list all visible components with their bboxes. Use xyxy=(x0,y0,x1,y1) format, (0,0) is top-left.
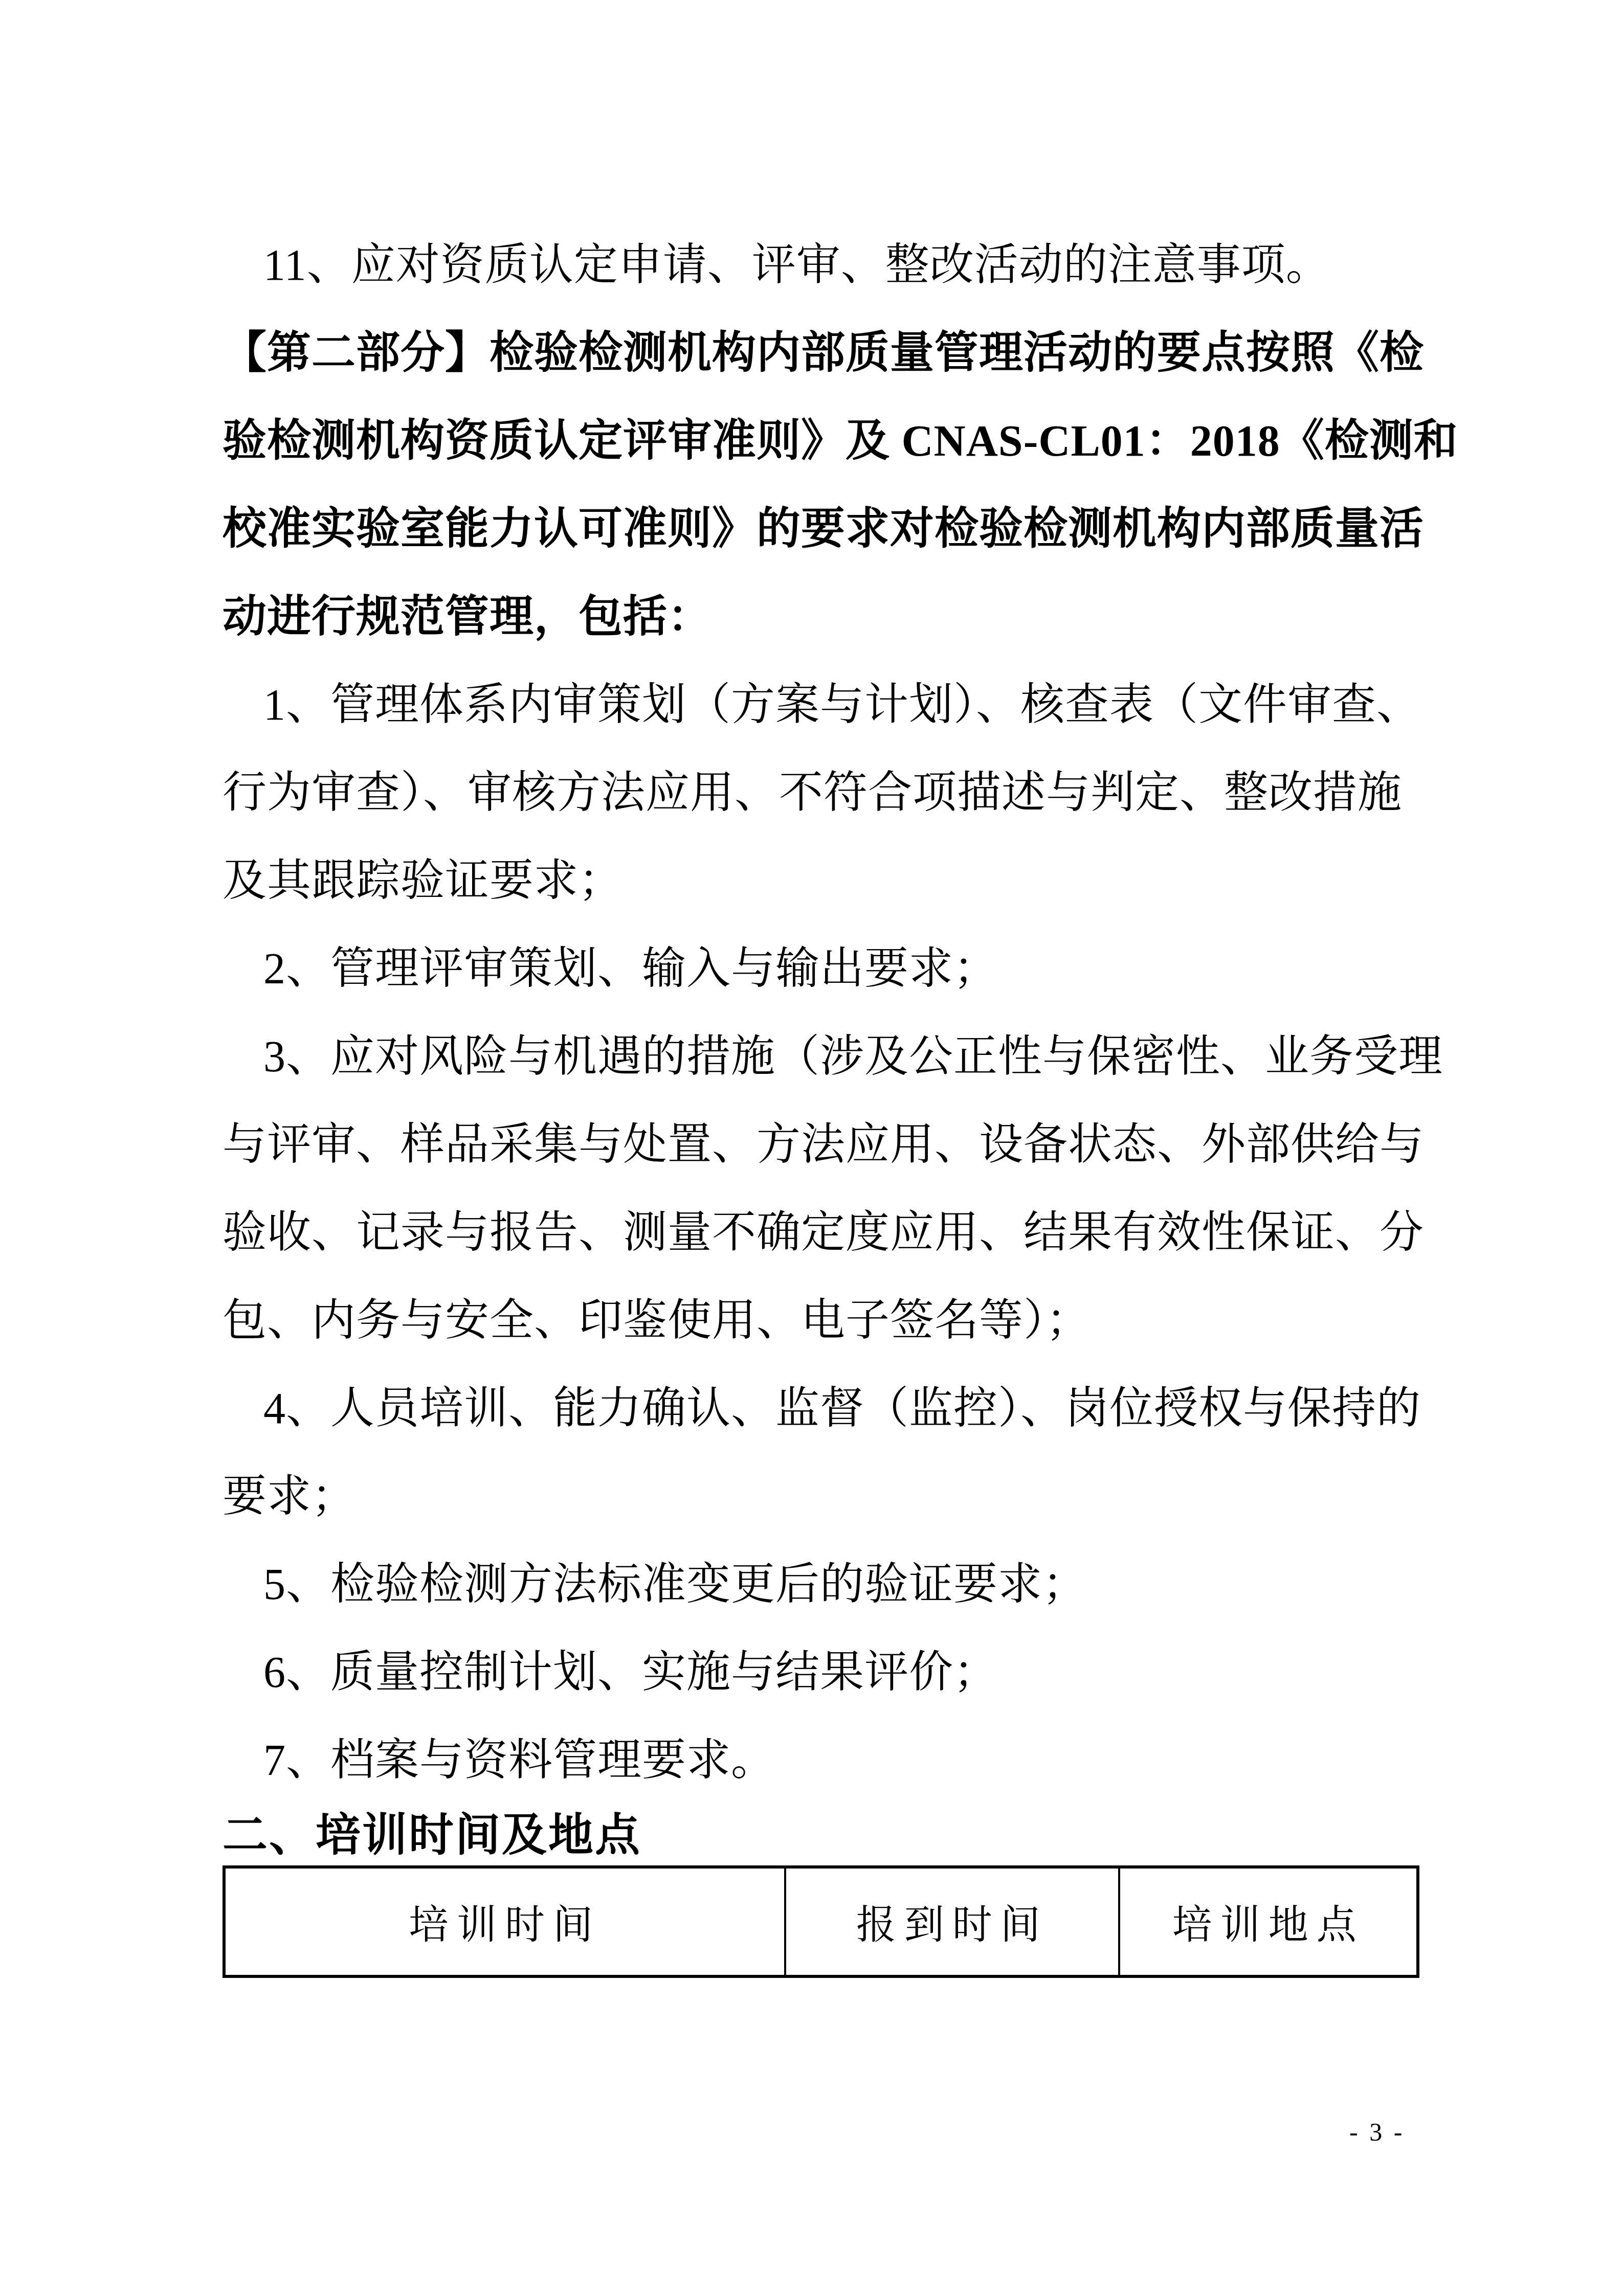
text-line: 动进行规范管理，包括： xyxy=(223,573,1419,661)
text-line: 与评审、样品采集与处置、方法应用、设备状态、外部供给与 xyxy=(223,1100,1419,1188)
paragraph: 4、人员培训、能力确认、监督（监控）、岗位授权与保持的 要求； xyxy=(223,1364,1419,1540)
text-body: 11、应对资质认定申请、评审、整改活动的注意事项。 【第二部分】检验检测机构内部… xyxy=(223,221,1419,1804)
text-line: 4、人员培训、能力确认、监督（监控）、岗位授权与保持的 xyxy=(223,1364,1419,1452)
text-line: 2、管理评审策划、输入与输出要求； xyxy=(223,925,1419,1012)
text-line: 【第二部分】检验检测机构内部质量管理活动的要点按照《检 xyxy=(223,309,1419,397)
document-page: { "page": { "background_color": "#ffffff… xyxy=(0,0,1624,2296)
table-header-cell-training-time: 培训时间 xyxy=(224,1867,785,1976)
text-line: 及其跟踪验证要求； xyxy=(223,837,1419,925)
paragraph: 11、应对资质认定申请、评审、整改活动的注意事项。 xyxy=(223,221,1419,309)
paragraph: 6、质量控制计划、实施与结果评价； xyxy=(223,1628,1419,1716)
text-line: 包、内务与安全、印鉴使用、电子签名等）； xyxy=(223,1276,1419,1364)
paragraph: 2、管理评审策划、输入与输出要求； xyxy=(223,925,1419,1012)
section-heading: 二、培训时间及地点 xyxy=(223,1810,641,1861)
text-line: 5、检验检测方法标准变更后的验证要求； xyxy=(223,1540,1419,1628)
text-line: 验收、记录与报告、测量不确定度应用、结果有效性保证、分 xyxy=(223,1188,1419,1276)
paragraph: 7、档案与资料管理要求。 xyxy=(223,1716,1419,1804)
text-line: 6、质量控制计划、实施与结果评价； xyxy=(223,1628,1419,1716)
page-number: - 3 - xyxy=(1349,2117,1405,2147)
table-header-cell-training-location: 培训地点 xyxy=(1119,1867,1418,1976)
paragraph: 3、应对风险与机遇的措施（涉及公正性与保密性、业务受理 与评审、样品采集与处置、… xyxy=(223,1012,1419,1364)
text-line: 3、应对风险与机遇的措施（涉及公正性与保密性、业务受理 xyxy=(223,1012,1419,1100)
paragraph: 1、管理体系内审策划（方案与计划）、核查表（文件审查、 行为审查）、审核方法应用… xyxy=(223,661,1419,925)
text-line: 11、应对资质认定申请、评审、整改活动的注意事项。 xyxy=(223,221,1419,309)
text-line: 要求； xyxy=(223,1452,1419,1540)
text-line: 验检测机构资质认定评审准则》及 CNAS-CL01：2018《检测和 xyxy=(223,397,1419,485)
paragraph: 【第二部分】检验检测机构内部质量管理活动的要点按照《检 验检测机构资质认定评审准… xyxy=(223,309,1419,661)
text-line: 1、管理体系内审策划（方案与计划）、核查表（文件审查、 xyxy=(223,661,1419,749)
text-line: 7、档案与资料管理要求。 xyxy=(223,1716,1419,1804)
text-line: 行为审查）、审核方法应用、不符合项描述与判定、整改措施 xyxy=(223,749,1419,837)
paragraph: 5、检验检测方法标准变更后的验证要求； xyxy=(223,1540,1419,1628)
table-header-row: 培训时间 报到时间 培训地点 xyxy=(224,1867,1418,1976)
text-line: 校准实验室能力认可准则》的要求对检验检测机构内部质量活 xyxy=(223,485,1419,573)
training-schedule-table: 培训时间 报到时间 培训地点 xyxy=(223,1865,1419,1978)
table-header-cell-checkin-time: 报到时间 xyxy=(785,1867,1120,1976)
